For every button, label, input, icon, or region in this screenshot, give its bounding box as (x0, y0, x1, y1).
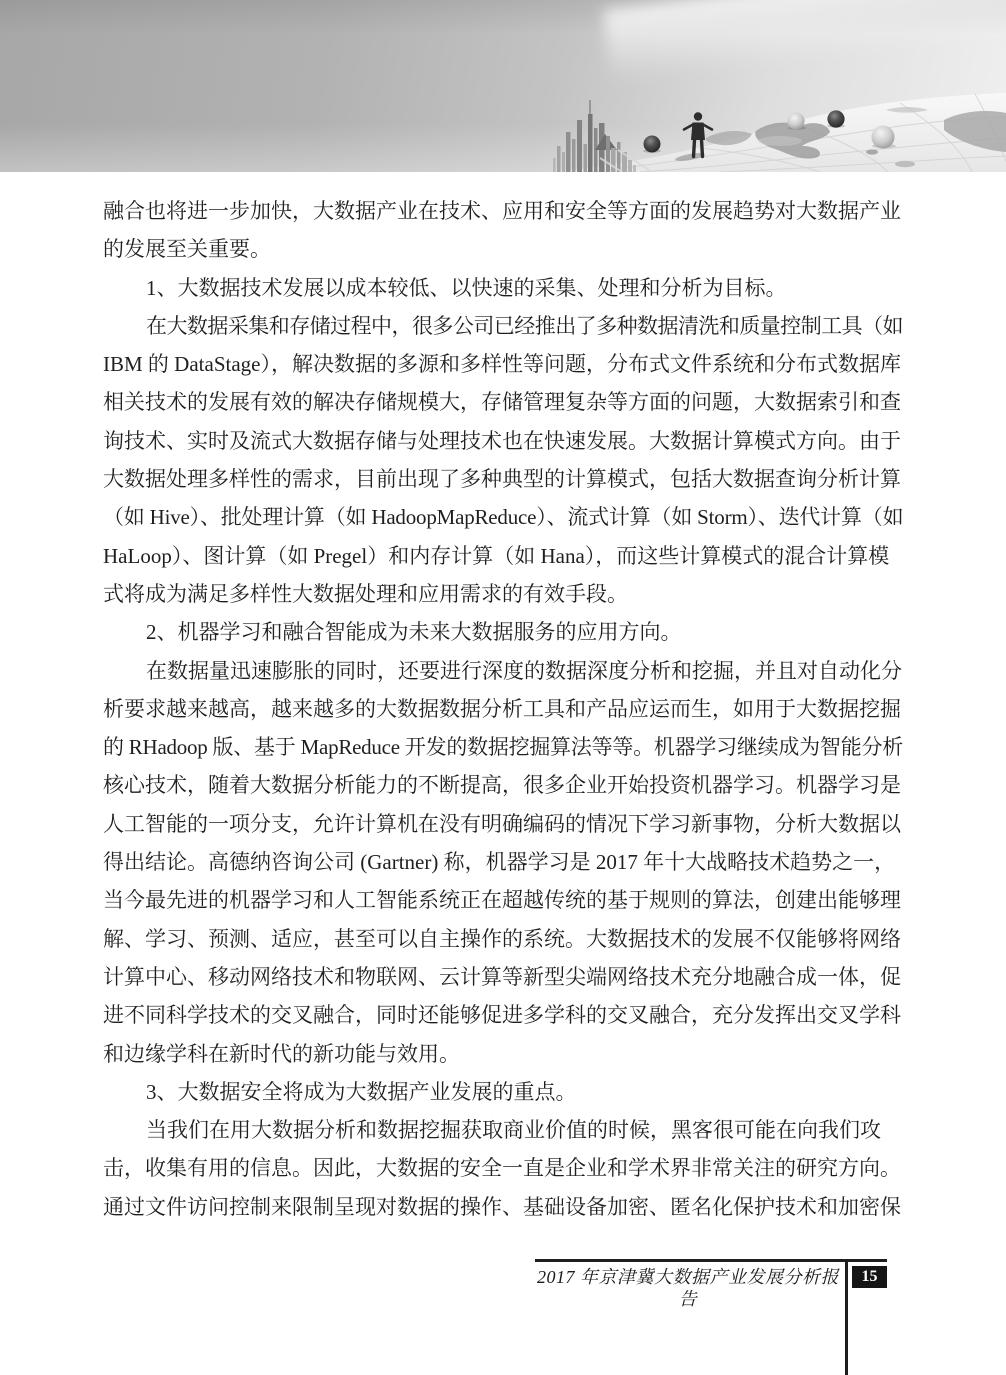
body-line: 询技术、实时及流式大数据存储与处理技术也在快速发展。大数据计算模式方向。由于 (103, 422, 903, 460)
body-line: 式将成为满足多样性大数据处理和应用需求的有效手段。 (103, 575, 903, 613)
header-banner-image (0, 0, 1006, 172)
body-line: 当今最先进的机器学习和人工智能系统正在超越传统的基于规则的算法，创建出能够理 (103, 881, 903, 919)
globe-illustration (0, 0, 1006, 172)
body-line: 的发展至关重要。 (103, 230, 903, 268)
body-line: 得出结论。高德纳咨询公司 (Gartner) 称，机器学习是 2017 年十大战… (103, 843, 903, 881)
node-sphere-light (872, 126, 895, 149)
body-line: 1、大数据技术发展以成本较低、以快速的采集、处理和分析为目标。 (103, 269, 903, 307)
body-line: HaLoop）、图计算（如 Pregel）和内存计算（如 Hana），而这些计算… (103, 537, 903, 575)
body-line: 通过文件访问控制来限制呈现对数据的操作、基础设备加密、匿名化保护技术和加密保 (103, 1188, 903, 1226)
body-line: 当我们在用大数据分析和数据挖掘获取商业价值的时候，黑客很可能在向我们攻 (103, 1111, 903, 1149)
body-line: 析要求越来越高，越来越多的大数据数据分析工具和产品应运而生，如用于大数据挖掘 (103, 690, 903, 728)
body-text: 融合也将进一步加快，大数据产业在技术、应用和安全等方面的发展趋势对大数据产业的发… (103, 192, 903, 1226)
body-line: 在数据量迅速膨胀的同时，还要进行深度的数据深度分析和挖掘，并且对自动化分 (103, 652, 903, 690)
footer-report-title: 2017 年京津冀大数据产业发展分析报告 (535, 1266, 841, 1288)
body-line: 进不同科学技术的交叉融合，同时还能够促进多学科的交叉融合，充分发挥出交叉学科 (103, 996, 903, 1034)
body-line: 的 RHadoop 版、基于 MapReduce 开发的数据挖掘算法等等。机器学… (103, 728, 903, 766)
body-line: 核心技术，随着大数据分析能力的不断提高，很多企业开始投资机器学习。机器学习是 (103, 766, 903, 804)
body-line: 相关技术的发展有效的解决存储规模大，存储管理复杂等方面的问题，大数据索引和查 (103, 383, 903, 421)
body-line: 人工智能的一项分支，允许计算机在没有明确编码的情况下学习新事物，分析大数据以 (103, 805, 903, 843)
body-line: 大数据处理多样性的需求，目前出现了多种典型的计算模式，包括大数据查询分析计算 (103, 460, 903, 498)
body-line: 2、机器学习和融合智能成为未来大数据服务的应用方向。 (103, 613, 903, 651)
footer-horizontal-rule (535, 1259, 887, 1262)
report-page: 融合也将进一步加快，大数据产业在技术、应用和安全等方面的发展趋势对大数据产业的发… (0, 0, 1006, 1375)
node-sphere-dark (644, 136, 661, 153)
footer-vertical-rule (845, 1261, 848, 1375)
body-line: 融合也将进一步加快，大数据产业在技术、应用和安全等方面的发展趋势对大数据产业 (103, 192, 903, 230)
node-sphere-light (787, 112, 804, 129)
body-line: IBM 的 DataStage），解决数据的多源和多样性等问题，分布式文件系统和… (103, 345, 903, 383)
body-line: 在大数据采集和存储过程中，很多公司已经推出了多种数据清洗和质量控制工具（如 (103, 307, 903, 345)
body-line: 击，收集有用的信息。因此，大数据的安全一直是企业和学术界非常关注的研究方向。 (103, 1149, 903, 1187)
body-line: 解、学习、预测、适应，甚至可以自主操作的系统。大数据技术的发展不仅能够将网络 (103, 920, 903, 958)
node-sphere-dark (827, 110, 844, 127)
body-line: 和边缘学科在新时代的新功能与效用。 (103, 1035, 903, 1073)
body-line: 3、大数据安全将成为大数据产业发展的重点。 (103, 1073, 903, 1111)
page-number-badge: 15 (852, 1266, 887, 1288)
body-line: 计算中心、移动网络技术和物联网、云计算等新型尖端网络技术充分地融合成一体，促 (103, 958, 903, 996)
body-line: （如 Hive）、批处理计算（如 HadoopMapReduce）、流式计算（如… (103, 498, 903, 536)
